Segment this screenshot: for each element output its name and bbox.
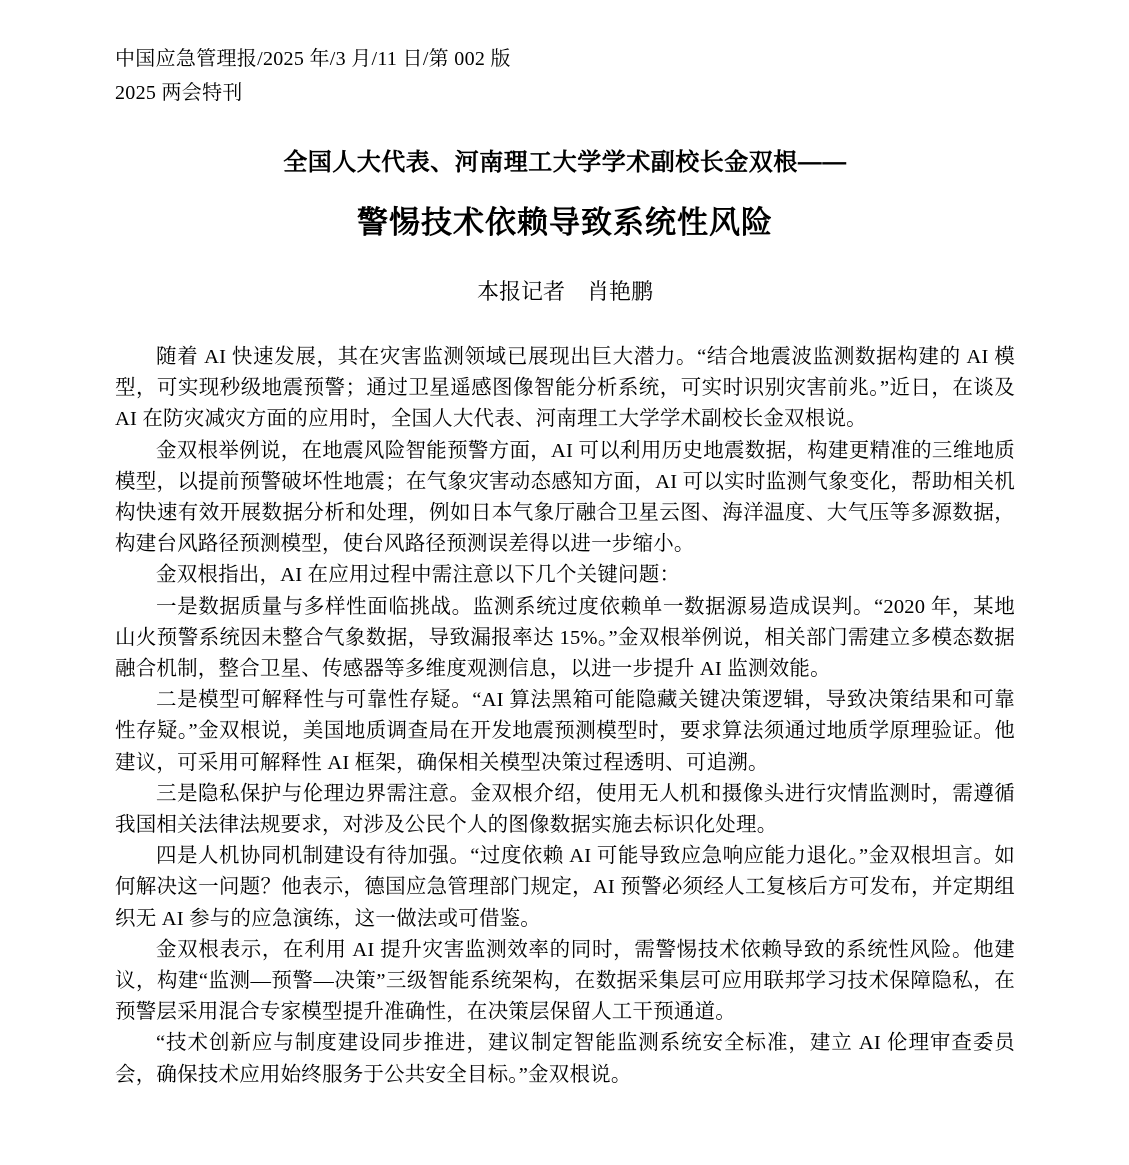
article-paragraph: “技术创新应与制度建设同步推进，建议制定智能监测系统安全标准，建立 AI 伦理审… [115, 1028, 1015, 1090]
article-paragraph: 金双根表示，在利用 AI 提升灾害监测效率的同时，需警惕技术依赖导致的系统性风险… [115, 935, 1015, 1029]
article-paragraph: 二是模型可解释性与可靠性存疑。“AI 算法黑箱可能隐藏关键决策逻辑，导致决策结果… [115, 685, 1015, 779]
article-paragraph: 金双根指出，AI 在应用过程中需注意以下几个关键问题： [115, 560, 1015, 591]
article-paragraph: 四是人机协同机制建设有待加强。“过度依赖 AI 可能导致应急响应能力退化。”金双… [115, 841, 1015, 935]
article-paragraph: 一是数据质量与多样性面临挑战。监测系统过度依赖单一数据源易造成误判。“2020 … [115, 592, 1015, 686]
document-page: 中国应急管理报/2025 年/3 月/11 日/第 002 版 2025 两会特… [0, 0, 1129, 1165]
article-paragraph: 三是隐私保护与伦理边界需注意。金双根介绍，使用无人机和摄像头进行灾情监测时，需遵… [115, 779, 1015, 841]
article-body: 随着 AI 快速发展，其在灾害监测领域已展现出巨大潜力。“结合地震波监测数据构建… [115, 342, 1015, 1091]
article-byline: 本报记者 肖艳鹏 [115, 279, 1015, 305]
masthead: 中国应急管理报/2025 年/3 月/11 日/第 002 版 2025 两会特… [115, 42, 1015, 110]
article-paragraph: 随着 AI 快速发展，其在灾害监测领域已展现出巨大潜力。“结合地震波监测数据构建… [115, 342, 1015, 436]
article-kicker: 全国人大代表、河南理工大学学术副校长金双根—— [115, 150, 1015, 176]
masthead-source-line: 中国应急管理报/2025 年/3 月/11 日/第 002 版 [115, 42, 1015, 76]
article-title: 警惕技术依赖导致系统性风险 [115, 205, 1015, 241]
masthead-edition-line: 2025 两会特刊 [115, 76, 1015, 110]
article-paragraph: 金双根举例说，在地震风险智能预警方面，AI 可以利用历史地震数据，构建更精准的三… [115, 436, 1015, 561]
